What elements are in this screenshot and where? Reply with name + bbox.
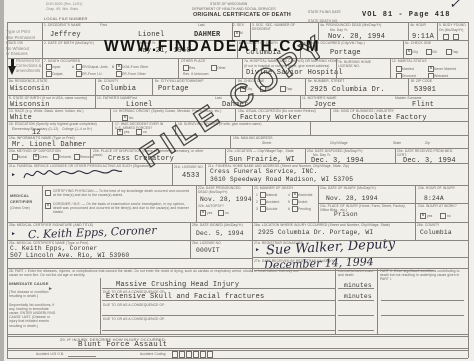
date-received-med-cert-label: 20e. DATE RECEIVED FROM MED. CERT. (397, 149, 463, 157)
grid-line (377, 268, 378, 334)
village-caption: Vill. (432, 50, 438, 54)
check-one-note: (Check One) (10, 206, 30, 210)
scan-edge (0, 0, 4, 361)
injury-location: 2925 Columbia Dr. Portage, WI (258, 229, 373, 236)
entombment-caption: Entomb. (59, 155, 72, 159)
certifier-name: C. Keith Epps, Coroner (10, 245, 98, 252)
grid-line (7, 240, 468, 241)
residence-state-label: 8a. RESIDENCE–STATE (9, 79, 48, 83)
grid-line (390, 58, 391, 78)
grid-line (42, 185, 43, 222)
grid-line (102, 315, 335, 316)
form-statute: Chap. 69, Wis. Stats. (46, 7, 79, 11)
outpatient-caption: Outpat. (52, 72, 64, 76)
grid-line (408, 22, 409, 40)
grid-line (254, 270, 434, 271)
manner-of-death-label: 23. MANNER OF DEATH (254, 186, 293, 190)
funeral-license-no: 4533 (182, 172, 200, 180)
down-arrow-icon (8, 66, 16, 75)
death-occurred-city: Portage (330, 49, 361, 57)
grid-line (318, 185, 319, 222)
injury-work-yes-checkbox: X (420, 213, 426, 219)
residence-street: 2925 Columbia Dr. (310, 86, 385, 94)
margin-note: Type or Print (6, 29, 30, 34)
date-pronounced: Nov. 28, 1994 (200, 196, 252, 203)
grid-line (381, 315, 464, 316)
date-of-injury: Nov. 28, 1994 (326, 195, 378, 202)
grid-line (100, 278, 101, 334)
grid-line (7, 268, 468, 269)
injury-work-no-caption: no (447, 214, 451, 218)
grid-line (102, 300, 335, 301)
suicide-caption: Suicide (266, 207, 278, 211)
never-married-caption: Never Married (434, 67, 456, 71)
signature-arrow: ► (11, 231, 16, 237)
svg-text:FILE COPY: FILE COPY (134, 26, 320, 169)
funeral-home-name: Cress Funeral Service, INC. (210, 168, 317, 175)
grid-line (338, 288, 374, 289)
autopsy-label: 22b. AUTOPSY? (198, 204, 224, 208)
injury-work-yes-caption: yes (427, 214, 432, 218)
grid-line (408, 78, 409, 95)
grid-line (102, 330, 335, 331)
certifier-date-signed-label: 25b. DATE SIGNED (Mo/Day/Yr) (192, 223, 243, 227)
signature-arrow: ► (11, 172, 16, 178)
manner-4: 4 (288, 193, 290, 197)
undetermined-caption: Undet. (298, 200, 308, 204)
grid-line (338, 300, 374, 301)
addr-zip-sub: Zip (425, 141, 430, 145)
margin-note: or Erasures (6, 51, 28, 56)
grid-line (403, 40, 404, 58)
homicide-caption: Homicide (298, 193, 313, 197)
grid-line (7, 336, 468, 337)
manner-1: 1 (256, 193, 258, 197)
grid-line (338, 330, 374, 331)
autopsy-yes-caption: yes (207, 211, 212, 215)
check-one-label: 6c. CHECK ONE (405, 41, 431, 45)
grid-line (318, 203, 468, 204)
accident-coding-box (179, 351, 185, 358)
natural-caption: Natural (266, 193, 277, 197)
body-found-label: 5. BODY FOUND (439, 23, 466, 27)
certifier-license: 000VIT (196, 247, 220, 254)
body-found-sub-label: On (Mo/Day/Yr) (439, 28, 463, 32)
option-a-letter: A (72, 65, 74, 69)
injury-location-label: 26a. LOCATION WHERE INJURY OCCURRED (Str… (254, 223, 409, 227)
grid-line (102, 288, 335, 289)
addr-city-sub: City/Village (330, 141, 348, 145)
informant-label: 19a. INFORMANT'S NAME (Type or Print) (9, 136, 75, 140)
accident-us-ob-label: Accident U/S O.B. (36, 352, 64, 356)
zip-label: 8f. ZIP CODE (411, 79, 432, 83)
medical-certifier-block-label: MEDICAL (10, 193, 29, 198)
grid-line (336, 58, 337, 78)
due-to-label: DUE TO OR AS A CONSEQUENCE OF: (103, 303, 165, 307)
grid-line (252, 257, 468, 258)
grid-line (7, 348, 468, 349)
local-file-label: LOCAL FILE NUMBER (44, 16, 88, 21)
accident-coding-box (207, 351, 213, 358)
grid-line (7, 22, 8, 358)
grid-line (196, 185, 197, 222)
disposition-method-label: 20a. METHOD OF DISPOSITION (9, 149, 61, 153)
manner-5: 5 (288, 200, 290, 204)
addr-state-sub: State (393, 141, 401, 145)
grid-line (7, 185, 468, 186)
state-of-birth-label: 9. STATE OF BIRTH (If not in USA, name c… (9, 96, 87, 100)
grid-line (468, 22, 469, 358)
grid-line (68, 356, 96, 357)
grid-line (7, 358, 468, 359)
injury-county: Columbia (420, 229, 452, 236)
grid-line (335, 268, 336, 334)
interval-b: minutes (344, 293, 372, 300)
medical-certifier-block-label: CERTIFIER (10, 199, 32, 204)
funeral-home-address: 3610 Speedway Road Madison, WI 53705 (210, 176, 353, 183)
grid-line (7, 258, 252, 259)
decedent-first-name: Jeffrey (50, 31, 81, 39)
hour-of-injury-label: 24b. HOUR OF INJURY (418, 186, 464, 190)
mother-maiden-label: Maiden Surname (395, 96, 422, 100)
residence-zip: 53901 (414, 86, 436, 94)
signature-arrow: ► (255, 247, 260, 253)
grid-line (395, 148, 396, 163)
accident-caption: Accident (266, 200, 279, 204)
accident-coding-box (172, 351, 178, 358)
education-label: 16. EDUCATION (Specify only highest grad… (9, 122, 97, 126)
margin-note: No Whiteout (6, 46, 29, 51)
certifier-license-label: 25d. LICENSE NO. (192, 241, 222, 245)
volume-page: VOL 81 - Page 418 (362, 11, 450, 19)
decedent-name-label: 1. DECEDENT'S NAME (44, 23, 81, 27)
grid-line (42, 22, 43, 78)
inpatient-caption: Inpat. (52, 65, 61, 69)
death-certificate-scan: DOH-5000 (Rev. 11/91) Chap. 69, Wis. Sta… (0, 0, 474, 361)
grid-line (338, 315, 374, 316)
autopsy-no-checkbox (218, 210, 224, 216)
manner-6: 6 (288, 207, 290, 211)
injury-at-work-label: 24d. INJURY AT WORK? (418, 204, 464, 208)
industry-label: 15b. KIND OF BUSINESS / INDUSTRY (333, 109, 394, 113)
margin-note: amendments (16, 68, 40, 73)
grid-line (330, 108, 331, 121)
immediate-cause-label: IMMEDIATE CAUSE (9, 281, 49, 286)
margin-note: Use Permanent (6, 35, 35, 40)
death-occurred-label: 7. DEATH OCCURRED (44, 59, 80, 63)
hour-of-injury: 8:24A (424, 195, 444, 202)
autopsy-yes-checkbox: X (200, 210, 206, 216)
city-caption: City (412, 50, 418, 54)
accident-coding-box (193, 351, 199, 358)
accident-coding-box (200, 351, 206, 358)
grid-line (7, 334, 468, 335)
grid-line (190, 222, 191, 258)
coroner-me-checkbox: X (45, 203, 51, 209)
date-pronounced-label: 22a. DATE PRONOUNCED DEAD (Mo/Day/Yr) (198, 186, 250, 194)
accident-coding-label: Accident Coding (140, 352, 166, 356)
certifier-date-signed: Dec. 5, 1994 (196, 230, 244, 237)
place-of-injury: Prison (334, 211, 358, 218)
date-of-injury-label: 24a. DATE OF INJURY (Mo/Day/Yr) (320, 186, 382, 190)
marital-status-label: 12. MARITAL STATUS (392, 59, 427, 63)
certifying-physician-text: CERTIFYING PHYSICIAN — To the best of my… (53, 189, 191, 197)
immediate-cause-note: (The disease or condition resulting in d… (9, 290, 55, 298)
autopsy-no-caption: no (225, 211, 229, 215)
cremation-caption: Crem. (39, 155, 48, 159)
residence-state: Wisconsin (10, 85, 50, 93)
checkmark-annotation: ✓ (449, 0, 460, 12)
manner-2: 2 (256, 200, 258, 204)
grid-line (252, 185, 253, 272)
hour-label: 4b. HOUR (410, 23, 426, 27)
pronounced-dead-label: 4a. PRONOUNCED DEAD (Mo/Day/Yr) (320, 23, 381, 27)
file-copy-stamp: FILE COPY (85, 4, 320, 169)
form-number: DOH-5000 (Rev. 11/91) (46, 2, 82, 6)
nursing-home-license-label: 7b. NURSING HOME LICENSE NO. (338, 60, 386, 68)
manner-3: 3 (256, 207, 258, 211)
injury-work-no-checkbox (440, 213, 446, 219)
grid-line (7, 222, 468, 223)
accident-coding-box (186, 351, 192, 358)
grid-line (7, 350, 468, 351)
due-to-label: DUE TO OR AS A CONSEQUENCE OF: (103, 317, 165, 321)
mo-day-yr-label: Mo. Day Yr. (330, 28, 348, 32)
certifying-physician-checkbox (45, 190, 51, 196)
injury-county-label: 26b. COUNTY (417, 223, 439, 227)
grid-line (415, 185, 416, 240)
sequential-note: Sequentially list conditions, if any, le… (9, 303, 59, 328)
coroner-me-text: CORONER / M.E. — On the basis of examina… (53, 202, 191, 214)
pending-caption: Pending (298, 207, 311, 211)
grid-line (437, 22, 438, 40)
grid-line (381, 300, 464, 301)
township-caption: Twp. (452, 50, 459, 54)
burial-caption: Burial (18, 155, 27, 159)
married-caption: Married (402, 67, 414, 71)
